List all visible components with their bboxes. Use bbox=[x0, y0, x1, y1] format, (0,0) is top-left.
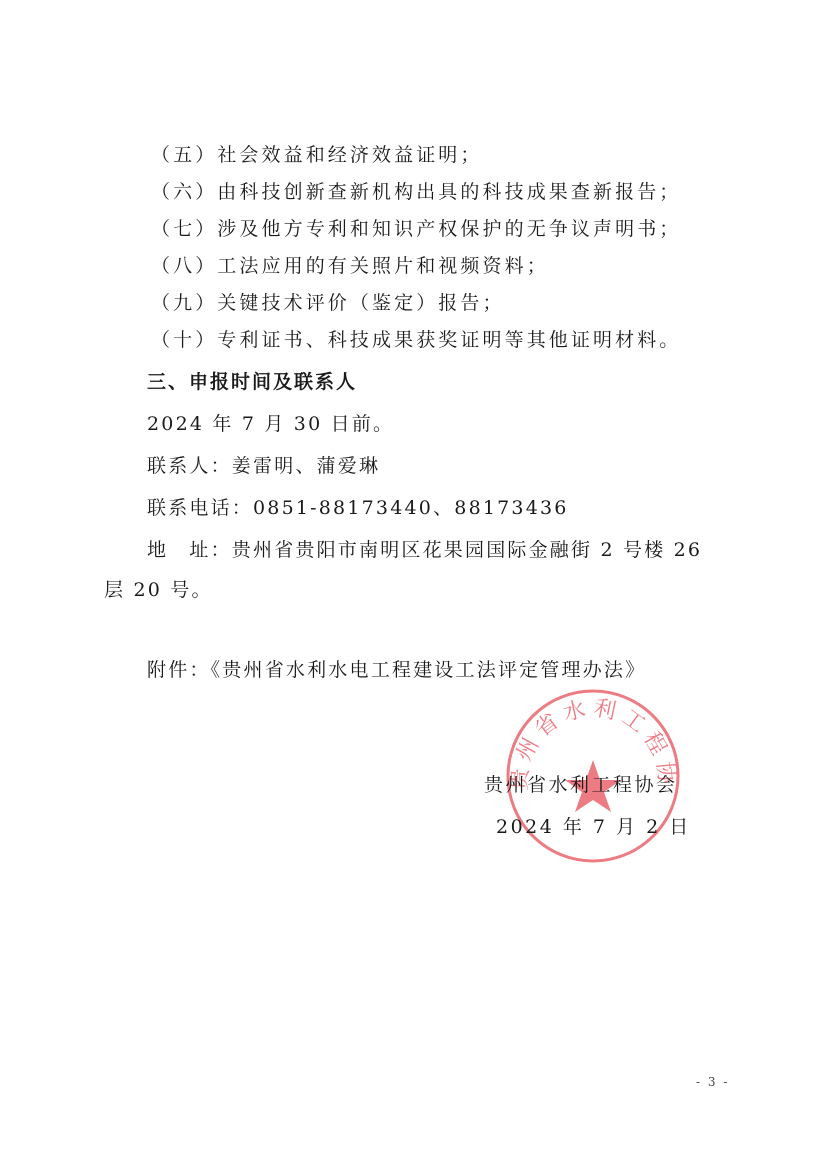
signature-date: 2024 年 7 月 2 日 bbox=[496, 815, 691, 839]
list-item-7: （七）涉及他方专利和知识产权保护的无争议声明书； bbox=[151, 217, 681, 241]
list-item-6: （六）由科技创新查新机构出具的科技成果查新报告； bbox=[151, 180, 681, 204]
list-item-10: （十）专利证书、科技成果获奖证明等其他证明材料。 bbox=[151, 328, 681, 352]
contact-person: 联系人：姜雷明、蒲爱琳 bbox=[147, 454, 380, 478]
signature-organization: 贵州省水利工程协会 bbox=[484, 773, 678, 797]
section-heading: 三、申报时间及联系人 bbox=[147, 370, 357, 394]
address-line-1: 地 址：贵州省贵阳市南明区花果园国际金融街 2 号楼 26 bbox=[147, 538, 702, 562]
page-number: - 3 - bbox=[696, 1075, 729, 1089]
contact-phone: 联系电话：0851-88173440、88173436 bbox=[147, 496, 569, 520]
list-item-8: （八）工法应用的有关照片和视频资料； bbox=[151, 254, 549, 278]
list-item-9: （九）关键技术评价（鉴定）报告； bbox=[151, 291, 505, 315]
attachment-line: 附件：《贵州省水利水电工程建设工法评定管理办法》 bbox=[147, 658, 646, 682]
deadline-text: 2024 年 7 月 30 日前。 bbox=[147, 412, 394, 436]
address-line-2: 层 20 号。 bbox=[104, 578, 213, 602]
list-item-5: （五）社会效益和经济效益证明； bbox=[151, 143, 483, 167]
